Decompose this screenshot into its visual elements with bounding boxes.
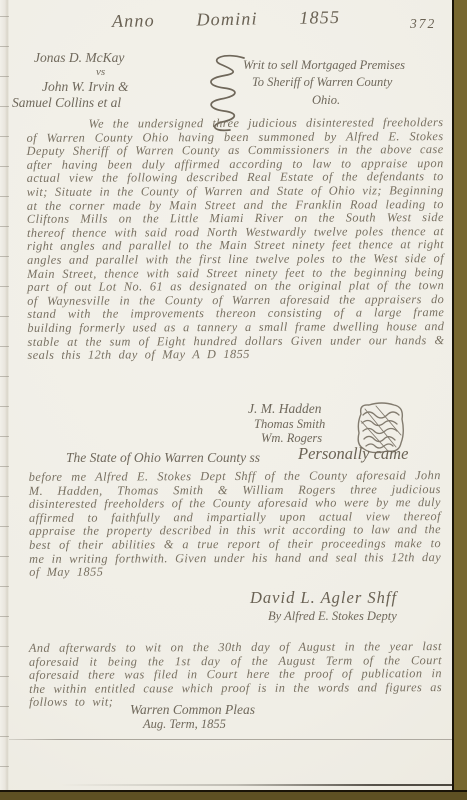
affirmation-paragraph: before me Alfred E. Stokes Dept Shff of … bbox=[29, 469, 441, 580]
page-edge-shadow bbox=[60, 784, 453, 786]
book-binding-edge bbox=[0, 0, 9, 792]
appraisal-body-text: We the undersigned three judicious disin… bbox=[27, 115, 445, 348]
affirmation-opening: The State of Ohio Warren County ss bbox=[66, 450, 260, 466]
appraiser-signature-2: Thomas Smith bbox=[254, 417, 325, 432]
record-book-scan: Anno Domini 1855 372 Jonas D. McKay vs J… bbox=[0, 0, 467, 800]
page-title: Anno Domini 1855 bbox=[112, 7, 341, 32]
caption-plaintiff: Jonas D. McKay bbox=[34, 50, 124, 66]
writ-title-line-1: Writ to sell Mortgaged Premises bbox=[243, 58, 405, 73]
appraiser-signature-1: J. M. Hadden bbox=[248, 401, 321, 417]
scan-bottom-border bbox=[0, 790, 467, 800]
writ-title-line-3: Ohio. bbox=[312, 93, 340, 108]
entry-divider-line bbox=[0, 739, 453, 740]
appraisal-paragraph: We the undersigned three judicious disin… bbox=[26, 116, 444, 363]
filing-paragraph: And afterwards to wit on the 30th day of… bbox=[29, 640, 442, 710]
scan-right-border bbox=[452, 0, 467, 800]
page-paper: Anno Domini 1855 372 Jonas D. McKay vs J… bbox=[0, 0, 467, 800]
writ-title-line-2: To Sheriff of Warren County bbox=[252, 75, 392, 90]
court-term: Aug. Term, 1855 bbox=[143, 717, 226, 732]
page-number: 372 bbox=[410, 16, 436, 32]
versus-label: vs bbox=[96, 66, 105, 78]
caption-defendant-1: John W. Irvin & bbox=[42, 79, 129, 95]
deputy-signature: By Alfred E. Stokes Depty bbox=[268, 609, 397, 624]
court-name: Warren Common Pleas bbox=[130, 702, 255, 718]
filing-body-text: And afterwards to wit on the 30th day of… bbox=[29, 639, 442, 709]
caption-defendant-2: Samuel Collins et al bbox=[12, 95, 121, 111]
affirmation-lead: Personally came bbox=[298, 444, 408, 464]
sheriff-signature: David L. Agler Shff bbox=[250, 588, 397, 608]
